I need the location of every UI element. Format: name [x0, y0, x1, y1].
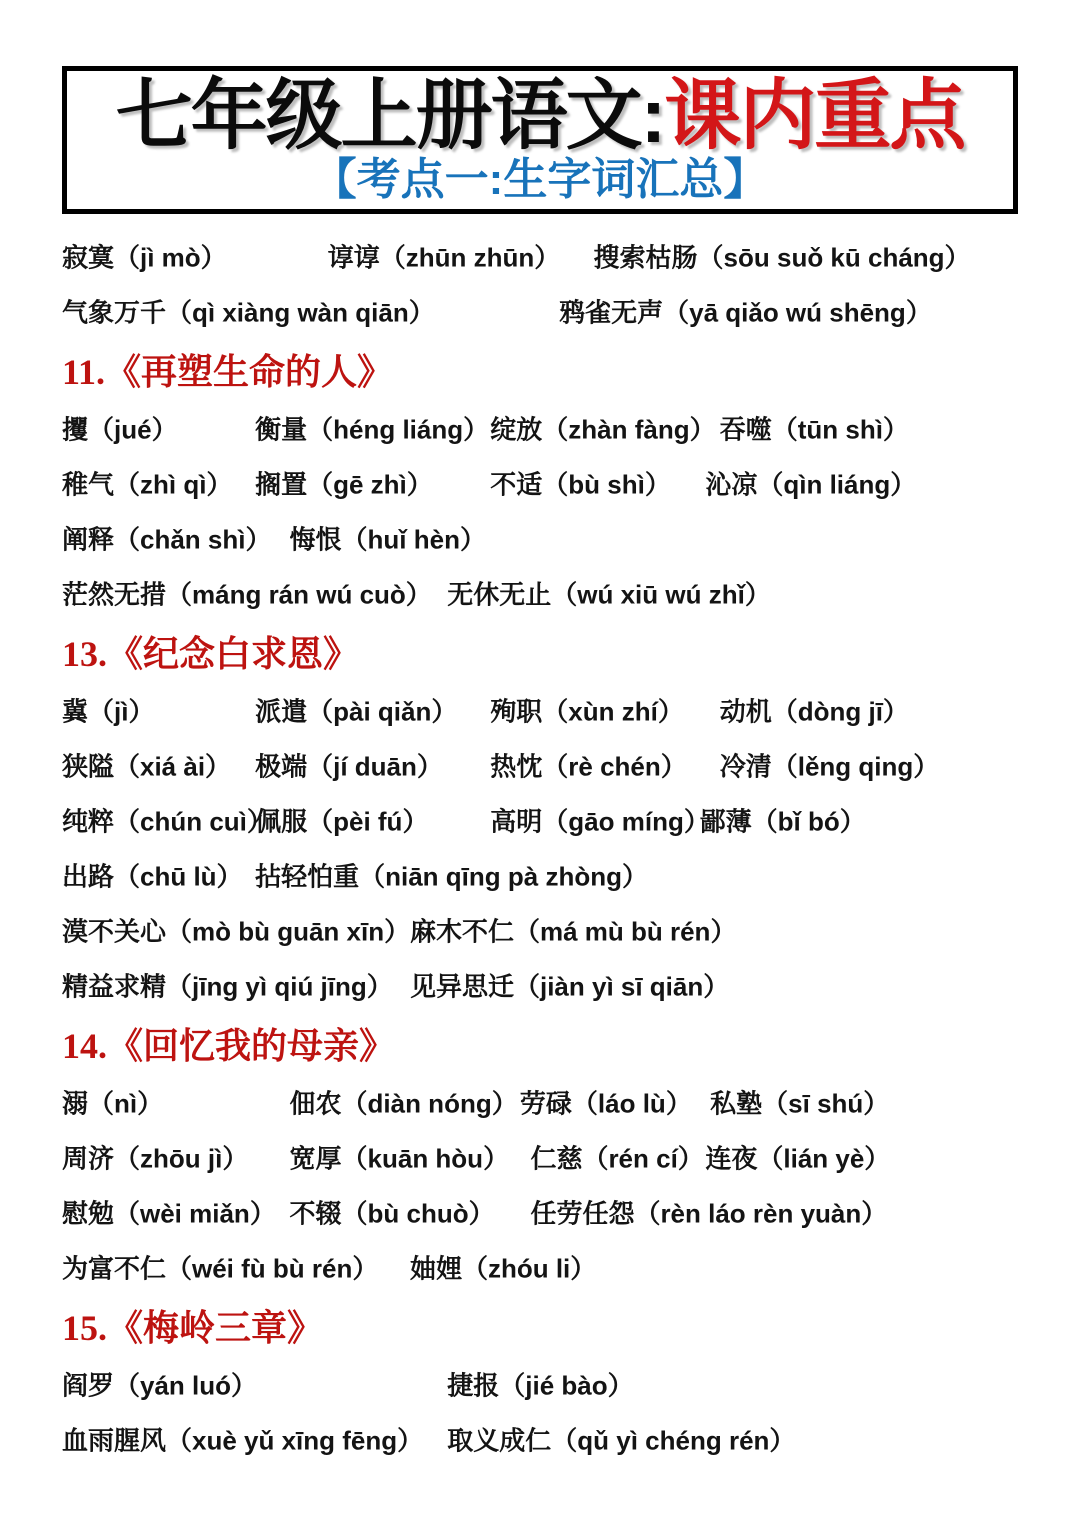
vocab-row: 狭隘（xiá ài）极端（jí duān）热忱（rè chén）冷清（lěng … [62, 737, 1018, 792]
vocab-row: 攫（jué）衡量（héng liáng）绽放（zhàn fàng）吞噬（tūn … [62, 400, 1018, 455]
vocab-row: 血雨腥风（xuè yǔ xīng fēng）取义成仁（qǔ yì chéng r… [62, 1411, 1018, 1466]
vocab-entry: 见异思迁（jiàn yì sī qiān） [410, 966, 729, 1003]
vocab-row: 慰勉（wèi miǎn）不辍（bù chuò）任劳任怨（rèn láo rèn … [62, 1184, 1018, 1239]
vocab-entry: 私塾（sī shú） [710, 1083, 889, 1120]
vocab-row: 漠不关心（mò bù guān xīn）麻木不仁（má mù bù rén） [62, 902, 1018, 957]
vocab-entry: 周济（zhōu jì） [62, 1138, 248, 1175]
vocab-entry: 仁慈（rén cí） [530, 1138, 703, 1175]
vocab-entry: 出路（chū lù） [62, 856, 243, 893]
vocab-entry: 捷报（jié bào） [447, 1365, 633, 1402]
vocab-entry: 拈轻怕重（niān qīng pà zhòng） [255, 856, 648, 893]
vocab-entry: 佃农（diàn nóng） [290, 1083, 518, 1120]
vocab-entry: 慰勉（wèi miǎn） [62, 1193, 276, 1230]
header-box: 七年级上册语文:课内重点 【考点一:生字词汇总】 [62, 66, 1018, 214]
vocab-entry: 极端（jí duān） [255, 746, 443, 783]
vocab-entry: 茫然无措（máng rán wú cuò） [62, 574, 432, 611]
vocab-entry: 血雨腥风（xuè yǔ xīng fēng） [62, 1420, 423, 1457]
worksheet-page: 七年级上册语文:课内重点 【考点一:生字词汇总】 寂寞（jì mò）谆谆（zhū… [0, 0, 1080, 1529]
vocab-entry: 不适（bù shì） [490, 464, 671, 501]
page-title-red-part: 课内重点 [664, 73, 964, 159]
vocab-row: 气象万千（qì xiàng wàn qiān）鸦雀无声（yā qiǎo wú s… [62, 283, 1018, 338]
page-title-black-part: 七年级上册语文: [116, 73, 665, 159]
vocab-entry: 妯娌（zhóu li） [410, 1248, 596, 1285]
vocab-row: 出路（chū lù）拈轻怕重（niān qīng pà zhòng） [62, 847, 1018, 902]
vocab-entry: 搁置（gē zhì） [255, 464, 433, 501]
vocab-entry: 阎罗（yán luó） [62, 1365, 257, 1402]
vocab-entry: 攫（jué） [62, 409, 178, 446]
page-subtitle: 【考点一:生字词汇总】 [313, 157, 768, 203]
vocab-entry: 吞噬（tūn shì） [720, 409, 909, 446]
vocab-entry: 派遣（pài qiǎn） [255, 691, 457, 728]
vocab-entry: 高明（gāo míng） [490, 801, 710, 838]
vocab-entry: 佩服（pèi fú） [255, 801, 428, 838]
vocab-row: 稚气（zhì qì）搁置（gē zhì）不适（bù shì）沁凉（qìn liá… [62, 455, 1018, 510]
vocab-entry: 稚气（zhì qì） [62, 464, 232, 501]
vocab-entry: 无休无止（wú xiū wú zhǐ） [447, 574, 771, 611]
vocab-entry: 鄙薄（bǐ bó） [700, 801, 866, 838]
section-heading: 15.《梅岭三章》 [62, 1294, 1018, 1356]
section-heading: 13.《纪念白求恩》 [62, 620, 1018, 682]
vocab-entry: 宽厚（kuān hòu） [290, 1138, 510, 1175]
vocab-entry: 沁凉（qìn liáng） [705, 464, 916, 501]
vocab-row: 阎罗（yán luó）捷报（jié bào） [62, 1356, 1018, 1411]
vocab-entry: 漠不关心（mò bù guān xīn） [62, 911, 410, 948]
vocab-entry: 气象万千（qì xiàng wàn qiān） [62, 292, 435, 329]
vocab-entry: 取义成仁（qǔ yì chéng rén） [447, 1420, 795, 1457]
vocab-entry: 谆谆（zhūn zhūn） [328, 237, 561, 274]
vocab-entry: 狭隘（xiá ài） [62, 746, 231, 783]
vocab-row: 精益求精（jīng yì qiú jīng）见异思迁（jiàn yì sī qi… [62, 957, 1018, 1012]
vocab-row: 纯粹（chún cuì）佩服（pèi fú）高明（gāo míng）鄙薄（bǐ … [62, 792, 1018, 847]
vocab-entry: 为富不仁（wéi fù bù rén） [62, 1248, 378, 1285]
vocab-entry: 衡量（héng liáng） [255, 409, 489, 446]
page-title: 七年级上册语文:课内重点 [116, 77, 965, 156]
section-heading: 14.《回忆我的母亲》 [62, 1012, 1018, 1074]
vocab-entry: 连夜（lián yè） [705, 1138, 890, 1175]
vocab-entry: 寂寞（jì mò） [62, 237, 227, 274]
vocab-entry: 绽放（zhàn fàng） [490, 409, 715, 446]
vocab-entry: 热忱（rè chén） [490, 746, 687, 783]
vocab-entry: 劳碌（láo lù） [520, 1083, 692, 1120]
vocab-entry: 任劳任怨（rèn láo rèn yuàn） [530, 1193, 887, 1230]
vocab-row: 冀（jì）派遣（pài qiǎn）殉职（xùn zhí）动机（dòng jī） [62, 682, 1018, 737]
vocab-row: 为富不仁（wéi fù bù rén）妯娌（zhóu li） [62, 1239, 1018, 1294]
vocab-row: 茫然无措（máng rán wú cuò）无休无止（wú xiū wú zhǐ） [62, 565, 1018, 620]
section-heading: 11.《再塑生命的人》 [62, 338, 1018, 400]
vocab-entry: 溺（nì） [62, 1083, 163, 1120]
vocab-row: 溺（nì）佃农（diàn nóng）劳碌（láo lù）私塾（sī shú） [62, 1074, 1018, 1129]
vocab-entry: 阐释（chǎn shì） [62, 519, 271, 556]
vocab-row: 周济（zhōu jì）宽厚（kuān hòu）仁慈（rén cí）连夜（lián… [62, 1129, 1018, 1184]
vocab-content: 寂寞（jì mò）谆谆（zhūn zhūn）搜索枯肠（sōu suǒ kū ch… [62, 228, 1018, 1466]
vocab-entry: 搜索枯肠（sōu suǒ kū cháng） [594, 237, 971, 274]
vocab-entry: 不辍（bù chuò） [290, 1193, 495, 1230]
vocab-entry: 冀（jì） [62, 691, 154, 728]
vocab-entry: 冷清（lěng qing） [720, 746, 940, 783]
vocab-entry: 纯粹（chún cuì） [62, 801, 273, 838]
vocab-entry: 鸦雀无声（yā qiǎo wú shēng） [559, 292, 932, 329]
vocab-row: 寂寞（jì mò）谆谆（zhūn zhūn）搜索枯肠（sōu suǒ kū ch… [62, 228, 1018, 283]
vocab-entry: 殉职（xùn zhí） [490, 691, 684, 728]
vocab-entry: 动机（dòng jī） [720, 691, 909, 728]
vocab-entry: 精益求精（jīng yì qiú jīng） [62, 966, 393, 1003]
vocab-entry: 悔恨（huǐ hèn） [290, 519, 486, 556]
vocab-row: 阐释（chǎn shì）悔恨（huǐ hèn） [62, 510, 1018, 565]
vocab-entry: 麻木不仁（má mù bù rén） [410, 911, 736, 948]
